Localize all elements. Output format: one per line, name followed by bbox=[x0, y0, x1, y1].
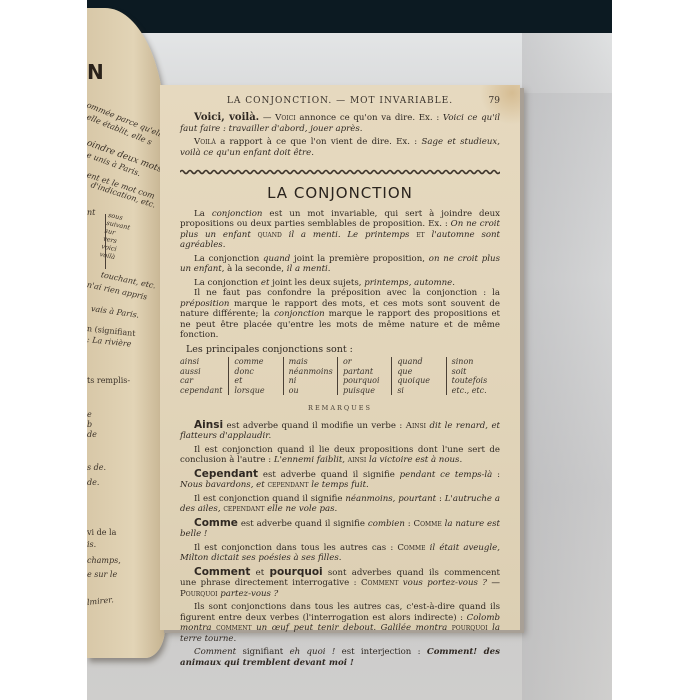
small-caps: pourquoi bbox=[452, 623, 488, 633]
text: Il est conjonction dans tous les autres … bbox=[194, 543, 397, 553]
page-content: Voici, voilà. — Voici annonce ce qu'on v… bbox=[180, 113, 500, 671]
remarque-cependant-adverbe: Cependant est adverbe quand il signifie … bbox=[180, 469, 500, 491]
text: est adverbe quand il signifie bbox=[238, 519, 368, 529]
text: Il est conjonction quand il signifie bbox=[194, 494, 345, 504]
small-caps: ainsi bbox=[348, 455, 366, 465]
left-page-fragment: b bbox=[87, 420, 92, 429]
text: et bbox=[250, 568, 269, 578]
text: est interjection : bbox=[335, 647, 427, 657]
remarque-ainsi-adverbe: Ainsi est adverbe quand il modifie un ve… bbox=[180, 420, 500, 442]
left-page-fragment: vais à Paris. bbox=[90, 304, 139, 320]
conjunction-word: que bbox=[397, 367, 445, 377]
example: partez-vous ? bbox=[218, 589, 279, 599]
small-caps: Comme bbox=[414, 519, 442, 529]
text: , à la seconde, bbox=[222, 264, 287, 274]
text: joint la première proposition, bbox=[290, 254, 429, 264]
conjunction-word: ni bbox=[289, 376, 337, 386]
example: le temps fuit. bbox=[308, 480, 368, 490]
conjunction-word: lorsque bbox=[234, 386, 282, 396]
small-caps: Pourquoi bbox=[180, 589, 218, 599]
small-caps: comment bbox=[216, 623, 251, 633]
remarque-comment-pourquoi-adverbes: Comment et pourquoi sont adverbes quand … bbox=[180, 567, 500, 600]
example: printemps, automne. bbox=[364, 278, 455, 288]
text: Ils sont conjonctions dans tous les autr… bbox=[180, 602, 500, 623]
conjunction-word: sinon bbox=[452, 357, 500, 367]
conjunction-word: cependant bbox=[180, 386, 228, 396]
conjunction-word: car bbox=[180, 376, 228, 386]
conjunction-word: pourquoi bbox=[343, 376, 391, 386]
conjunction-word: et bbox=[234, 376, 282, 386]
remarque-comment-pourquoi-conjonctions: Ils sont conjonctions dans tous les autr… bbox=[180, 602, 500, 644]
dark-background-band bbox=[87, 0, 612, 33]
left-page-fragment: is. bbox=[87, 540, 96, 549]
conjunction-column: orpartantpourquoipuisque bbox=[337, 357, 391, 395]
remarque-comme-conjonction: Il est conjonction dans tous les autres … bbox=[180, 543, 500, 564]
conjunction-word: comme bbox=[234, 357, 282, 367]
term: Comment bbox=[194, 566, 250, 578]
book-page-79: LA CONJONCTION. — MOT INVARIABLE. 79 Voi… bbox=[160, 85, 520, 630]
text: signifiant bbox=[236, 647, 289, 657]
term: Cependant bbox=[194, 468, 258, 480]
term: conjonction bbox=[274, 309, 325, 319]
left-page-fragment: ts remplis- bbox=[87, 376, 130, 385]
example: L'ennemi faiblit, bbox=[274, 455, 348, 465]
small-caps: Voilà bbox=[194, 137, 216, 147]
term: préposition bbox=[180, 299, 229, 309]
conjunction-word: néanmoins bbox=[289, 367, 337, 377]
conjunction-word: quoique bbox=[397, 376, 445, 386]
text: Il ne faut pas confondre la préposition … bbox=[194, 288, 500, 298]
small-caps: Voici bbox=[275, 113, 295, 123]
conjunction-word: quand bbox=[397, 357, 445, 367]
text: La conjonction bbox=[194, 278, 261, 288]
voila-paragraph: Voilà a rapport à ce que l'on vient de d… bbox=[180, 137, 500, 158]
conjunction-column: maisnéanmoinsniou bbox=[283, 357, 337, 395]
text: — bbox=[259, 113, 275, 123]
conjunction-column: commedoncetlorsque bbox=[228, 357, 282, 395]
text: est adverbe quand il signifie bbox=[258, 470, 400, 480]
conjunction-column: ainsiaussicarcependant bbox=[180, 357, 228, 395]
conjunctions-table: ainsiaussicarcependantcommedoncetlorsque… bbox=[180, 357, 500, 395]
text: La bbox=[194, 209, 212, 219]
term: Ainsi bbox=[194, 419, 223, 431]
example: néanmoins, pourtant bbox=[345, 494, 436, 504]
conjunction-word: etc., etc. bbox=[452, 386, 500, 396]
quand-paragraph: La conjonction quand joint la première p… bbox=[180, 254, 500, 275]
voici-paragraph: Voici, voilà. — Voici annonce ce qu'on v… bbox=[180, 113, 500, 134]
small-caps: quand bbox=[258, 230, 282, 240]
term: Comme bbox=[194, 517, 238, 529]
conjunction-word: partant bbox=[343, 367, 391, 377]
example: eh quoi ! bbox=[290, 647, 336, 657]
example: il a menti. Le printemps bbox=[282, 230, 416, 240]
left-page-fragment: s de. bbox=[87, 463, 106, 472]
conjunction-word: si bbox=[397, 386, 445, 396]
wavy-divider bbox=[180, 168, 500, 176]
remarques-heading: REMARQUES bbox=[180, 403, 500, 414]
text: : bbox=[492, 470, 500, 480]
example: la victoire est à nous. bbox=[366, 455, 462, 465]
conjunction-word: or bbox=[343, 357, 391, 367]
small-caps: cependant bbox=[223, 504, 264, 514]
small-caps: cependant bbox=[267, 480, 308, 490]
text: La conjonction bbox=[194, 254, 263, 264]
conjunction-word: donc bbox=[234, 367, 282, 377]
left-page-heading-letter: N bbox=[87, 60, 104, 84]
conjunction-word: ou bbox=[289, 386, 337, 396]
remarque-comme-adverbe: Comme est adverbe quand il signifie comb… bbox=[180, 518, 500, 540]
term: pourquoi bbox=[269, 566, 322, 578]
term: Voici, voilà. bbox=[194, 112, 259, 123]
left-page-curled: N ommée parce qu'elle elle établit, elle… bbox=[87, 8, 165, 658]
text: joint les deux sujets, bbox=[269, 278, 364, 288]
conjunction-word: aussi bbox=[180, 367, 228, 377]
section-title: LA CONJONCTION bbox=[180, 188, 500, 199]
remarque-ainsi-conjonction: Il est conjonction quand il lie deux pro… bbox=[180, 445, 500, 466]
text: : bbox=[405, 519, 414, 529]
conjunction-word: mais bbox=[289, 357, 337, 367]
small-caps: et bbox=[416, 230, 424, 240]
text: : bbox=[436, 494, 445, 504]
small-caps: Comme bbox=[397, 543, 425, 553]
conjunction-word: ainsi bbox=[180, 357, 228, 367]
conjunction-word: soit bbox=[452, 367, 500, 377]
left-page-fragment: vi de la bbox=[87, 528, 116, 537]
example: vous portez-vous ? — bbox=[398, 578, 500, 588]
et-paragraph: La conjonction et joint les deux sujets,… bbox=[180, 278, 500, 289]
example: Nous bavardons, et bbox=[180, 480, 267, 490]
left-page-fragment: de. bbox=[87, 478, 99, 487]
term: conjonction bbox=[212, 209, 263, 219]
remarque-comment-interjection: Comment signifiant eh quoi ! est interje… bbox=[180, 647, 500, 668]
example: elle ne vole pas. bbox=[264, 504, 337, 514]
principales-label: Les principales conjonctions sont : bbox=[180, 345, 500, 356]
example: un œuf peut tenir debout. Galilée montra bbox=[252, 623, 452, 633]
surface-shadow bbox=[522, 33, 612, 700]
left-page-fragment: de bbox=[87, 430, 97, 439]
page-number: 79 bbox=[489, 96, 500, 106]
text: est adverbe quand il modifie un verbe : bbox=[223, 421, 406, 431]
example: combien bbox=[368, 519, 405, 529]
definition-paragraph: La conjonction est un mot invariable, qu… bbox=[180, 209, 500, 251]
term: Comment bbox=[194, 647, 236, 657]
conjunction-word: toutefois bbox=[452, 376, 500, 386]
running-head: LA CONJONCTION. — MOT INVARIABLE. bbox=[160, 96, 520, 106]
book-photo: N ommée parce qu'elle elle établit, elle… bbox=[87, 0, 612, 700]
conjunction-word: puisque bbox=[343, 386, 391, 396]
conjunction-column: sinonsoittoutefoisetc., etc. bbox=[446, 357, 500, 395]
term: quand bbox=[263, 254, 290, 264]
remarque-cependant-conjonction: Il est conjonction quand il signifie néa… bbox=[180, 494, 500, 515]
example: il a menti. bbox=[287, 264, 331, 274]
left-page-fragment: e bbox=[87, 410, 92, 419]
conjunction-column: quandquequoiquesi bbox=[391, 357, 445, 395]
small-caps: Ainsi bbox=[406, 421, 426, 431]
left-page-fragment: e sur le bbox=[87, 570, 117, 579]
left-page-fragment: nt bbox=[87, 208, 95, 217]
small-caps: Comment bbox=[361, 578, 398, 588]
example: pendant ce temps-là bbox=[400, 470, 493, 480]
text: a rapport à ce que l'on vient de dire. E… bbox=[216, 137, 422, 147]
left-page-fragment: lmirer. bbox=[87, 595, 114, 607]
confondre-paragraph: Il ne faut pas confondre la préposition … bbox=[180, 288, 500, 341]
left-page-fragment: champs, bbox=[87, 556, 121, 565]
text: annonce ce qu'on va dire. Ex. : bbox=[296, 113, 443, 123]
